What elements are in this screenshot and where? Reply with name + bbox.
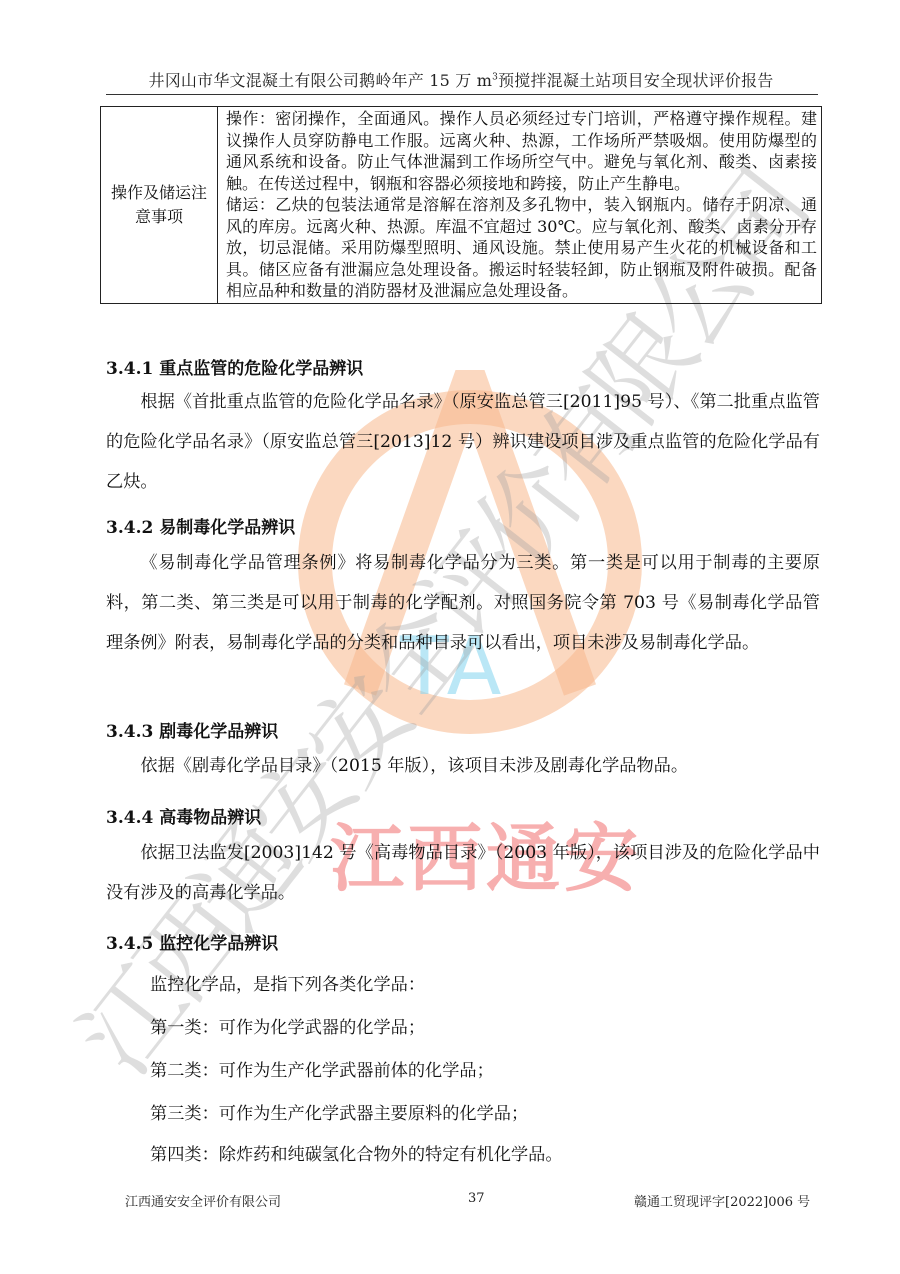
list-item: 第二类：可作为生产化学武器前体的化学品； bbox=[150, 1056, 494, 1081]
section-heading-3-4-1: 3.4.1 重点监管的危险化学品辨识 bbox=[106, 354, 363, 379]
list-item: 第一类：可作为化学武器的化学品； bbox=[150, 1013, 425, 1038]
section-heading-3-4-4: 3.4.4 高毒物品辨识 bbox=[106, 803, 261, 828]
table-label-cell: 操作及储运注意事项 bbox=[101, 107, 218, 304]
list-item: 第三类：可作为生产化学武器主要原料的化学品； bbox=[150, 1099, 528, 1124]
page-header-title: 井冈山市华文混凝土有限公司鹅岭年产 15 万 m3预搅拌混凝土站项目安全现状评价… bbox=[100, 68, 822, 91]
section-body-3-4-2: 《易制毒化学品管理条例》将易制毒化学品分为三类。第一类是可以用于制毒的主要原料，… bbox=[106, 543, 820, 663]
footer-doc-number: 赣通工贸现评字[2022]006 号 bbox=[634, 1191, 810, 1210]
section-heading-3-4-3: 3.4.3 剧毒化学品辨识 bbox=[106, 717, 278, 742]
header-title-prefix: 井冈山市华文混凝土有限公司鹅岭年产 15 万 m bbox=[149, 71, 493, 90]
section-heading-3-4-5: 3.4.5 监控化学品辨识 bbox=[106, 929, 278, 954]
section-body-3-4-4: 依据卫法监发[2003]142 号《高毒物品目录》（2003 年版），该项目涉及… bbox=[106, 833, 820, 913]
storage-text: 储运：乙炔的包装法通常是溶解在溶剂及多孔物中，装入钢瓶内。储存于阴凉、通风的库房… bbox=[226, 194, 817, 302]
header-title-suffix: 预搅拌混凝土站项目安全现状评价报告 bbox=[498, 71, 773, 90]
table-content-cell: 操作：密闭操作，全面通风。操作人员必须经过专门培训，严格遵守操作规程。建议操作人… bbox=[218, 107, 822, 304]
footer-page-number: 37 bbox=[468, 1191, 485, 1206]
list-item: 第四类：除炸药和纯碳氢化合物外的特定有机化学品。 bbox=[150, 1140, 563, 1165]
header-divider bbox=[106, 94, 818, 95]
handling-text: 操作：密闭操作，全面通风。操作人员必须经过专门培训，严格遵守操作规程。建议操作人… bbox=[226, 108, 817, 194]
section-body-3-4-1: 根据《首批重点监管的危险化学品名录》（原安监总管三[2011]95 号）、《第二… bbox=[106, 382, 820, 502]
section-heading-3-4-2: 3.4.2 易制毒化学品辨识 bbox=[106, 513, 295, 538]
list-item: 监控化学品，是指下列各类化学品： bbox=[150, 970, 425, 995]
handling-storage-table: 操作及储运注意事项 操作：密闭操作，全面通风。操作人员必须经过专门培训，严格遵守… bbox=[100, 106, 822, 304]
section-body-3-4-3: 依据《剧毒化学品目录》（2015 年版），该项目未涉及剧毒化学品物品。 bbox=[106, 746, 820, 786]
table-row: 操作及储运注意事项 操作：密闭操作，全面通风。操作人员必须经过专门培训，严格遵守… bbox=[101, 107, 822, 304]
footer-company: 江西通安安全评价有限公司 bbox=[125, 1191, 281, 1210]
